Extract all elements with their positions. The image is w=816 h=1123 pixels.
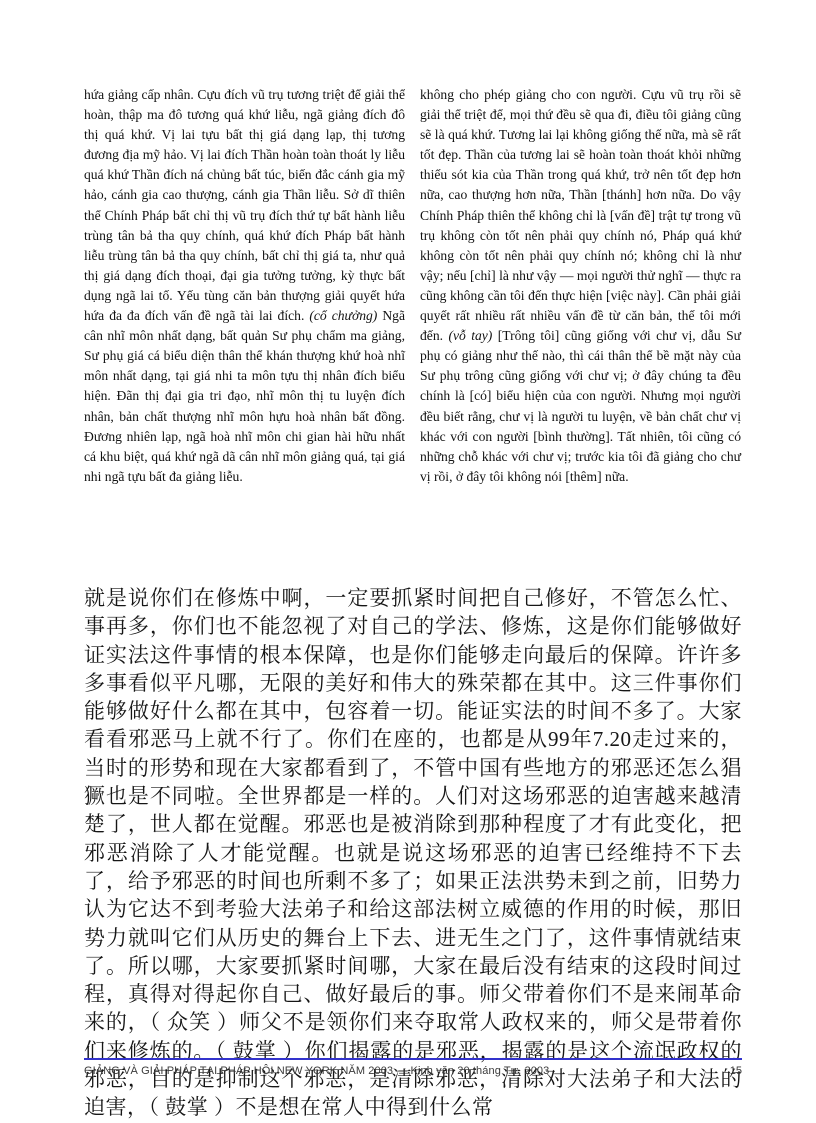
footer-divider-rule: [84, 1058, 742, 1060]
chinese-paragraph: 就是说你们在修炼中啊，一定要抓紧时间把自己修好，不管怎么忙、事再多，你们也不能忽…: [84, 584, 742, 1122]
body-text-segment: Ngã cân nhĩ môn nhất dạng, bất quản Sư p…: [84, 308, 405, 484]
document-page: hứa giảng cấp nhân. Cựu đích vũ trụ tươn…: [0, 0, 816, 1123]
body-text-segment: không cho phép giảng cho con người. Cựu …: [420, 87, 741, 343]
vietnamese-right-column-paragraph: không cho phép giảng cho con người. Cựu …: [420, 85, 741, 487]
body-text-segment: [Trông tôi] cũng giống với chư vị, dẫu S…: [420, 328, 741, 484]
vietnamese-left-column-paragraph: hứa giảng cấp nhân. Cựu đích vũ trụ tươn…: [84, 85, 405, 487]
footer-document-title: GIẢNG VÀ GIẢI PHÁP TẠI PHÁP HỘI NEW YORK…: [84, 1065, 664, 1077]
italic-parenthetical: (cổ chưởng): [309, 308, 377, 323]
chinese-text-section: 就是说你们在修炼中啊，一定要抓紧时间把自己修好，不管怎么忙、事再多，你们也不能忽…: [84, 584, 742, 1122]
vietnamese-two-column-section: hứa giảng cấp nhân. Cựu đích vũ trụ tươn…: [84, 85, 741, 487]
body-text-segment: hứa giảng cấp nhân. Cựu đích vũ trụ tươn…: [84, 87, 405, 323]
italic-parenthetical: (vỗ tay): [448, 328, 492, 343]
footer-page-number: 15: [730, 1065, 742, 1077]
